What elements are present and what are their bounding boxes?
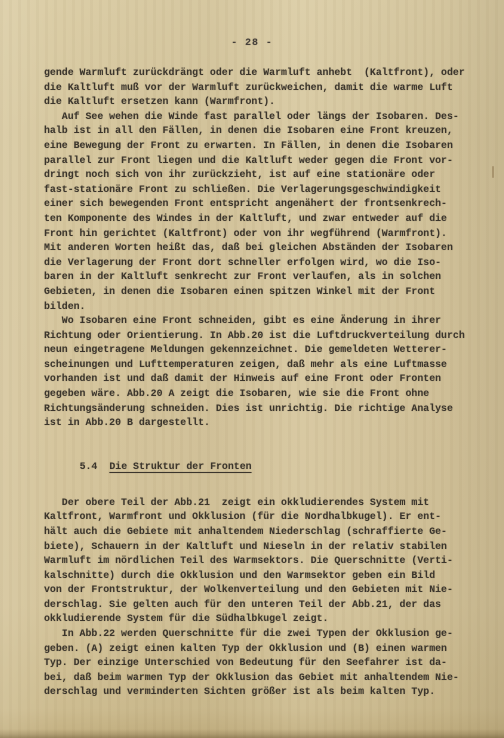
paper-smudge <box>492 166 494 178</box>
page-body: gende Warmluft zurückdrängt oder die War… <box>44 66 474 700</box>
paragraph-block-1: gende Warmluft zurückdrängt oder die War… <box>44 66 474 431</box>
section-heading: 5.4Die Struktur der Fronten <box>44 445 474 489</box>
section-number: 5.4 <box>80 461 98 472</box>
page-number: - 28 - <box>0 37 504 48</box>
section-title: Die Struktur der Fronten <box>109 461 251 472</box>
scanned-document-page: - 28 - gende Warmluft zurückdrängt oder … <box>0 0 504 738</box>
paragraph-block-2: Der obere Teil der Abb.21 zeigt ein okkl… <box>44 496 474 700</box>
